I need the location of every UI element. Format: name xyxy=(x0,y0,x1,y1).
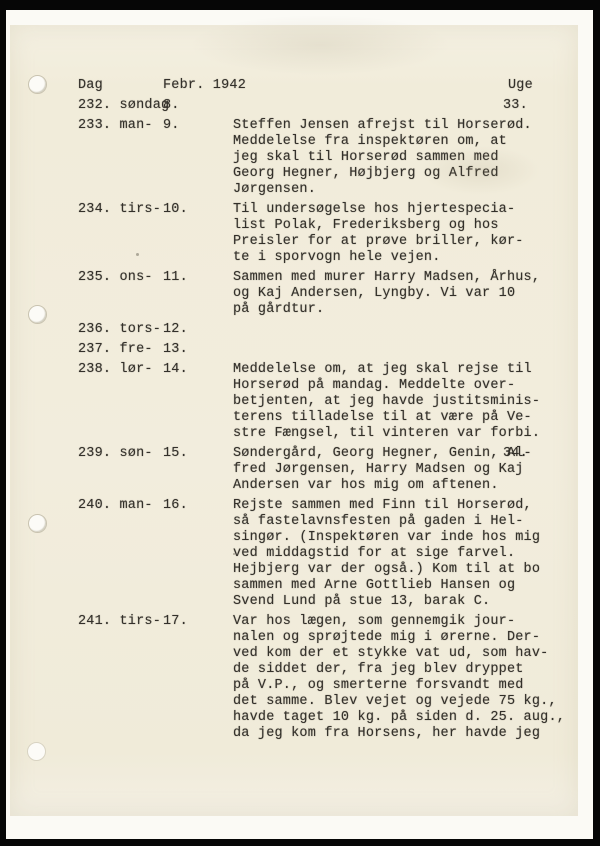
entry-day-label: 236. tors- xyxy=(78,322,163,338)
diary-entry-row: 240. man-16.Rejste sammen med Finn til H… xyxy=(78,498,572,610)
diary-entry-row: 236. tors-12. xyxy=(78,322,572,338)
diary-entry-row: 232. søndag8.33. xyxy=(78,98,572,114)
diary-entry-row: 239. søn-15.Søndergård, Georg Hegner, Ge… xyxy=(78,446,572,494)
punch-hole xyxy=(28,514,47,533)
punch-hole xyxy=(27,742,46,761)
entry-date-number: 12. xyxy=(163,322,233,338)
diary-entry-row: 235. ons-11.Sammen med murer Harry Madse… xyxy=(78,270,572,318)
scan-frame: Dag Febr. 1942 Uge 232. søndag8.33.233. … xyxy=(0,0,600,846)
paper-speckle xyxy=(136,253,139,256)
paper-speckle xyxy=(233,553,235,555)
entry-day-label: 235. ons- xyxy=(78,270,163,286)
paper-smudge xyxy=(190,15,450,75)
entry-date-number: 11. xyxy=(163,270,233,286)
diary-entry-row: 238. lør-14.Meddelelse om, at jeg skal r… xyxy=(78,362,572,442)
entries: 232. søndag8.33.233. man-9.Steffen Jense… xyxy=(78,98,572,742)
header-day-label: Dag xyxy=(78,78,163,94)
entry-date-number: 16. xyxy=(163,498,233,514)
entry-date-number: 17. xyxy=(163,614,233,630)
entry-day-label: 238. lør- xyxy=(78,362,163,378)
punch-hole xyxy=(28,75,47,94)
entry-text: Sammen med murer Harry Madsen, Århus, og… xyxy=(233,270,572,318)
entry-week-number: 33. xyxy=(503,98,528,114)
entry-day-label: 234. tirs- xyxy=(78,202,163,218)
entry-text: Til undersøgelse hos hjertespecia- list … xyxy=(233,202,572,266)
scanner-backing: Dag Febr. 1942 Uge 232. søndag8.33.233. … xyxy=(6,10,593,839)
entry-day-label: 232. søndag xyxy=(78,98,163,114)
entry-week-number: 34. xyxy=(503,446,528,462)
entry-text: Var hos lægen, som gennemgik jour- nalen… xyxy=(233,614,572,742)
diary-entry-row: 234. tirs-10.Til undersøgelse hos hjerte… xyxy=(78,202,572,266)
entry-day-label: 241. tirs- xyxy=(78,614,163,630)
entry-date-number: 15. xyxy=(163,446,233,462)
punch-hole xyxy=(28,305,47,324)
entry-date-number: 9. xyxy=(163,118,233,134)
diary-entry-row: 237. fre-13. xyxy=(78,342,572,358)
entry-date-number: 13. xyxy=(163,342,233,358)
header-month-label: Febr. 1942 xyxy=(163,78,233,94)
entry-text: Rejste sammen med Finn til Horserød, så … xyxy=(233,498,572,610)
diary-entry-row: 241. tirs-17.Var hos lægen, som gennemgi… xyxy=(78,614,572,742)
header-week-label: Uge xyxy=(508,78,533,94)
entry-text: Meddelelse om, at jeg skal rejse til Hor… xyxy=(233,362,572,442)
entry-date-number: 10. xyxy=(163,202,233,218)
diary-page: Dag Febr. 1942 Uge 232. søndag8.33.233. … xyxy=(10,25,578,816)
entry-date-number: 8. xyxy=(163,98,233,114)
table-header-row: Dag Febr. 1942 Uge xyxy=(78,78,572,94)
entry-day-label: 239. søn- xyxy=(78,446,163,462)
paper-smudge xyxy=(420,145,540,195)
entry-date-number: 14. xyxy=(163,362,233,378)
entry-day-label: 233. man- xyxy=(78,118,163,134)
entry-day-label: 237. fre- xyxy=(78,342,163,358)
entry-day-label: 240. man- xyxy=(78,498,163,514)
